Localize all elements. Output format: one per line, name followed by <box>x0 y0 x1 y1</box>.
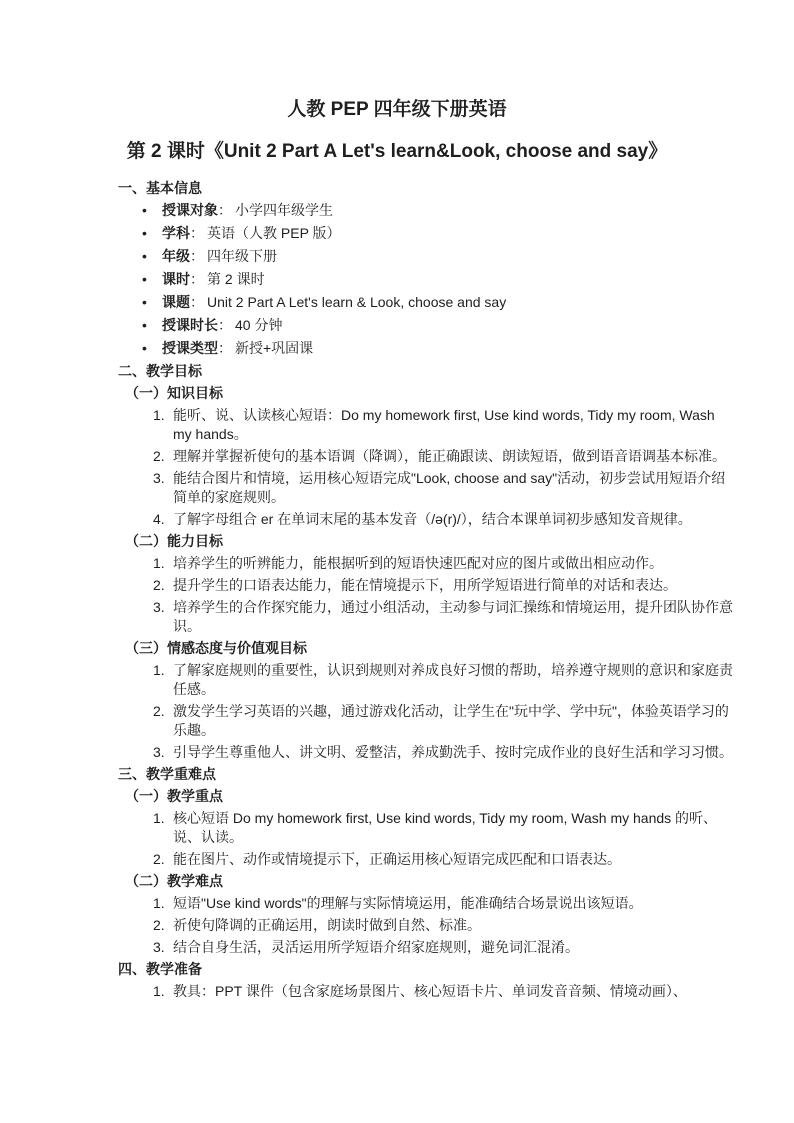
bullet-dot-icon: • <box>142 270 147 289</box>
bullet-text: 授课时长：40 分钟 <box>162 317 282 333</box>
numbered-list-item: 2. 能在图片、动作或情境提示下，正确运用核心短语完成匹配和口语表达。 <box>118 850 735 869</box>
bullet-value: 40 分钟 <box>235 317 282 333</box>
item-text: 能在图片、动作或情境提示下，正确运用核心短语完成匹配和口语表达。 <box>173 851 621 867</box>
bullet-value: 第 2 课时 <box>207 271 265 287</box>
item-number: 4. <box>153 510 165 529</box>
subsection-heading: （三）情感态度与价值观目标 <box>125 639 735 658</box>
document-page: 人教 PEP 四年级下册英语 第 2 课时《Unit 2 Part A Let'… <box>0 0 794 1123</box>
bullet-text: 课题：Unit 2 Part A Let's learn & Look, cho… <box>162 294 506 310</box>
item-text: 能听、说、认读核心短语：Do my homework first, Use ki… <box>173 407 715 442</box>
bullet-colon: ： <box>190 225 204 241</box>
numbered-list-item: 1. 核心短语 Do my homework first, Use kind w… <box>118 809 735 847</box>
bullet-colon: ： <box>190 294 204 310</box>
document-title: 人教 PEP 四年级下册英语 <box>0 0 794 123</box>
bullet-dot-icon: • <box>142 339 147 358</box>
numbered-list-item: 3. 结合自身生活，灵活运用所学短语介绍家庭规则，避免词汇混淆。 <box>118 938 735 957</box>
item-text: 了解字母组合 er 在单词末尾的基本发音（/ə(r)/），结合本课单词初步感知发… <box>173 511 692 527</box>
numbered-list-item: 1. 能听、说、认读核心短语：Do my homework first, Use… <box>118 406 735 444</box>
item-text: 培养学生的合作探究能力，通过小组活动，主动参与词汇操练和情境运用，提升团队协作意… <box>173 599 733 634</box>
item-number: 1. <box>153 661 165 680</box>
bullet-label: 年级 <box>162 248 190 264</box>
bullet-text: 课时：第 2 课时 <box>162 271 265 287</box>
subsection-heading: （一）知识目标 <box>125 384 735 403</box>
numbered-list-item: 2. 激发学生学习英语的兴趣，通过游戏化活动，让学生在"玩中学、学中玩"，体验英… <box>118 702 735 740</box>
bullet-list-item: • 课题：Unit 2 Part A Let's learn & Look, c… <box>118 293 735 312</box>
bullet-text: 学科：英语（人教 PEP 版） <box>162 225 341 241</box>
bullet-list-item: • 授课时长：40 分钟 <box>118 316 735 335</box>
numbered-list-item: 3. 培养学生的合作探究能力，通过小组活动，主动参与词汇操练和情境运用，提升团队… <box>118 598 735 636</box>
numbered-list-item: 1. 培养学生的听辨能力，能根据听到的短语快速匹配对应的图片或做出相应动作。 <box>118 554 735 573</box>
section-heading: 二、教学目标 <box>118 362 735 381</box>
numbered-list-item: 4. 了解字母组合 er 在单词末尾的基本发音（/ə(r)/），结合本课单词初步… <box>118 510 735 529</box>
item-number: 1. <box>153 982 165 1001</box>
item-text: 核心短语 Do my homework first, Use kind word… <box>173 810 717 845</box>
numbered-list-item: 1. 了解家庭规则的重要性，认识到规则对养成良好习惯的帮助，培养遵守规则的意识和… <box>118 661 735 699</box>
numbered-list-item: 2. 理解并掌握祈使句的基本语调（降调），能正确跟读、朗读短语，做到语音语调基本… <box>118 447 735 466</box>
bullet-list-item: • 年级：四年级下册 <box>118 247 735 266</box>
item-text: 激发学生学习英语的兴趣，通过游戏化活动，让学生在"玩中学、学中玩"，体验英语学习… <box>173 703 729 738</box>
bullet-dot-icon: • <box>142 201 147 220</box>
subsection-heading: （一）教学重点 <box>125 787 735 806</box>
bullet-list-item: • 学科：英语（人教 PEP 版） <box>118 224 735 243</box>
bullet-dot-icon: • <box>142 224 147 243</box>
item-number: 1. <box>153 809 165 828</box>
item-number: 1. <box>153 554 165 573</box>
bullet-label: 授课时长 <box>162 317 218 333</box>
numbered-list-item: 3. 能结合图片和情境，运用核心短语完成"Look, choose and sa… <box>118 469 735 507</box>
item-number: 2. <box>153 702 165 721</box>
item-number: 2. <box>153 447 165 466</box>
item-number: 3. <box>153 469 165 488</box>
bullet-dot-icon: • <box>142 316 147 335</box>
section-heading: 一、基本信息 <box>118 179 735 198</box>
section-heading: 三、教学重难点 <box>118 765 735 784</box>
bullet-list-item: • 课时：第 2 课时 <box>118 270 735 289</box>
numbered-list-item: 1. 教具：PPT 课件（包含家庭场景图片、核心短语卡片、单词发音音频、情境动画… <box>118 982 735 1001</box>
bullet-label: 课时 <box>162 271 190 287</box>
item-text: 理解并掌握祈使句的基本语调（降调），能正确跟读、朗读短语，做到语音语调基本标准。 <box>173 448 726 464</box>
numbered-list-item: 3. 引导学生尊重他人、讲文明、爱整洁，养成勤洗手、按时完成作业的良好生活和学习… <box>118 743 735 762</box>
bullet-label: 授课对象 <box>162 202 218 218</box>
bullet-value: 小学四年级学生 <box>235 202 333 218</box>
bullet-colon: ： <box>218 340 232 356</box>
item-text: 祈使句降调的正确运用，朗读时做到自然、标准。 <box>173 917 481 933</box>
item-number: 1. <box>153 406 165 425</box>
item-text: 教具：PPT 课件（包含家庭场景图片、核心短语卡片、单词发音音频、情境动画）、 <box>173 983 687 999</box>
numbered-list-item: 2. 祈使句降调的正确运用，朗读时做到自然、标准。 <box>118 916 735 935</box>
bullet-label: 授课类型 <box>162 340 218 356</box>
numbered-list-item: 2. 提升学生的口语表达能力，能在情境提示下，用所学短语进行简单的对话和表达。 <box>118 576 735 595</box>
bullet-colon: ： <box>218 202 232 218</box>
bullet-value: 四年级下册 <box>207 248 277 264</box>
item-number: 3. <box>153 598 165 617</box>
bullet-colon: ： <box>218 317 232 333</box>
bullet-list-item: • 授课类型：新授+巩固课 <box>118 339 735 358</box>
bullet-label: 学科 <box>162 225 190 241</box>
item-text: 培养学生的听辨能力，能根据听到的短语快速匹配对应的图片或做出相应动作。 <box>173 555 663 571</box>
subsection-heading: （二）教学难点 <box>125 872 735 891</box>
bullet-value: Unit 2 Part A Let's learn & Look, choose… <box>207 294 506 310</box>
document-subtitle: 第 2 课时《Unit 2 Part A Let's learn&Look, c… <box>0 138 794 166</box>
bullet-value: 新授+巩固课 <box>235 340 313 356</box>
item-number: 2. <box>153 576 165 595</box>
item-text: 引导学生尊重他人、讲文明、爱整洁，养成勤洗手、按时完成作业的良好生活和学习习惯。 <box>173 744 733 760</box>
item-number: 2. <box>153 850 165 869</box>
section-heading: 四、教学准备 <box>118 960 735 979</box>
document-body: 一、基本信息 • 授课对象：小学四年级学生 • 学科：英语（人教 PEP 版） … <box>0 179 794 1001</box>
item-text: 短语"Use kind words"的理解与实际情境运用，能准确结合场景说出该短… <box>173 895 643 911</box>
item-text: 结合自身生活，灵活运用所学短语介绍家庭规则，避免词汇混淆。 <box>173 939 579 955</box>
item-number: 1. <box>153 894 165 913</box>
item-number: 2. <box>153 916 165 935</box>
bullet-colon: ： <box>190 271 204 287</box>
item-number: 3. <box>153 743 165 762</box>
bullet-value: 英语（人教 PEP 版） <box>207 225 341 241</box>
bullet-text: 授课对象：小学四年级学生 <box>162 202 333 218</box>
bullet-dot-icon: • <box>142 247 147 266</box>
bullet-text: 年级：四年级下册 <box>162 248 277 264</box>
bullet-text: 授课类型：新授+巩固课 <box>162 340 313 356</box>
item-text: 了解家庭规则的重要性，认识到规则对养成良好习惯的帮助，培养遵守规则的意识和家庭责… <box>173 662 733 697</box>
bullet-dot-icon: • <box>142 293 147 312</box>
bullet-colon: ： <box>190 248 204 264</box>
item-text: 提升学生的口语表达能力，能在情境提示下，用所学短语进行简单的对话和表达。 <box>173 577 677 593</box>
item-text: 能结合图片和情境，运用核心短语完成"Look, choose and say"活… <box>173 470 725 505</box>
item-number: 3. <box>153 938 165 957</box>
numbered-list-item: 1. 短语"Use kind words"的理解与实际情境运用，能准确结合场景说… <box>118 894 735 913</box>
subsection-heading: （二）能力目标 <box>125 532 735 551</box>
bullet-label: 课题 <box>162 294 190 310</box>
bullet-list-item: • 授课对象：小学四年级学生 <box>118 201 735 220</box>
